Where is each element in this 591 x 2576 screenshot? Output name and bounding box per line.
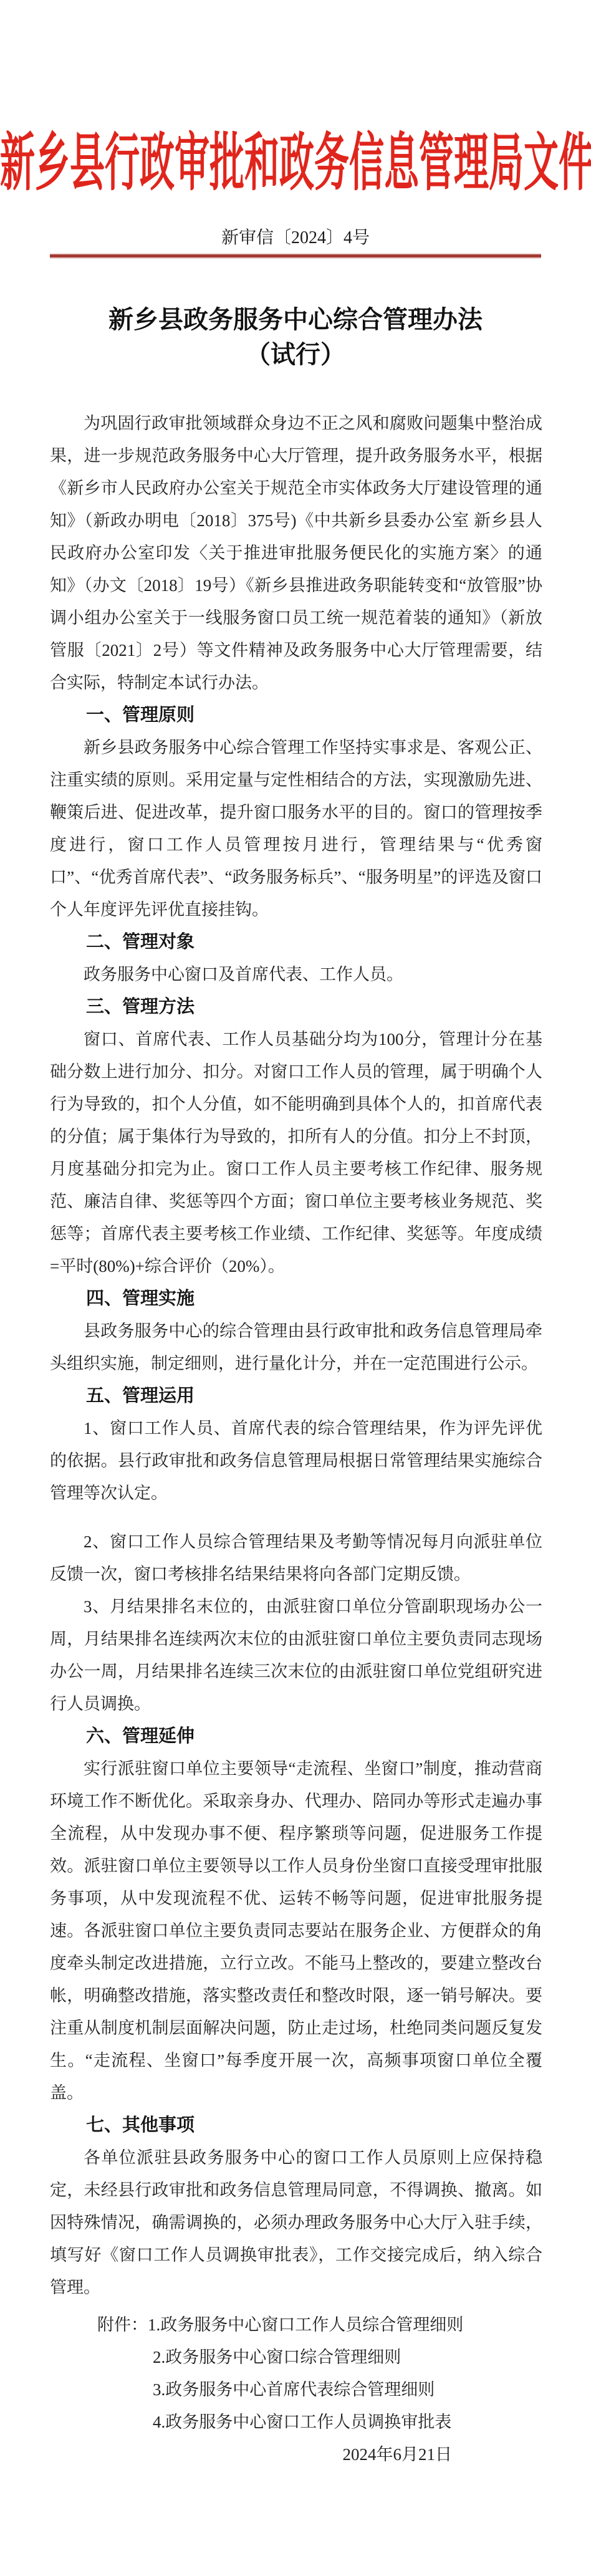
red-header-banner: 新乡县行政审批和政务信息管理局文件 — [0, 0, 591, 163]
section-3-heading: 三、管理方法 — [50, 991, 542, 1023]
document-title: 新乡县政务服务中心综合管理办法 （试行） — [0, 302, 591, 372]
section-7-paragraph: 各单位派驻县政务服务中心的窗口工作人员原则上应保持稳定，未经县行政审批和政务信息… — [50, 2141, 542, 2304]
section-4-paragraph: 县政务服务中心的综合管理由县行政审批和政务信息管理局牵头组织实施，制定细则，进行… — [50, 1315, 542, 1380]
section-5-heading: 五、管理运用 — [50, 1380, 542, 1412]
agency-title: 新乡县行政审批和政务信息管理局文件 — [0, 113, 591, 203]
section-1-paragraph: 新乡县政务服务中心综合管理工作坚持实事求是、客观公正、注重实绩的原则。采用定量与… — [50, 731, 542, 926]
section-3-paragraph: 窗口、首席代表、工作人员基础分均为100分，管理计分在基础分数上进行加分、扣分。… — [50, 1023, 542, 1282]
document-page: 新乡县行政审批和政务信息管理局文件 新审信〔2024〕4号 新乡县政务服务中心综… — [0, 0, 591, 2576]
section-5-item-3: 3、月结果排名末位的，由派驻窗口单位分管副职现场办公一周，月结果排名连续两次末位… — [50, 1590, 542, 1720]
attachment-item-2: 2.政务服务中心窗口综合管理细则 — [50, 2341, 542, 2373]
section-7-heading: 七、其他事项 — [50, 2109, 542, 2141]
document-number: 新审信〔2024〕4号 — [0, 228, 591, 248]
issue-date: 2024年6月21日 — [50, 2438, 542, 2471]
section-2-paragraph: 政务服务中心窗口及首席代表、工作人员。 — [50, 958, 542, 991]
document-body: 为巩固行政审批领域群众身边不正之风和腐败问题集中整治成果，进一步规范政务服务中心… — [0, 407, 591, 2471]
attachments-list: 附件：1.政务服务中心窗口工作人员综合管理细则 2.政务服务中心窗口综合管理细则… — [50, 2309, 542, 2438]
attachment-item-3: 3.政务服务中心首席代表综合管理细则 — [50, 2373, 542, 2406]
document-title-line2: （试行） — [0, 337, 591, 372]
section-5-item-2: 2、窗口工作人员综合管理结果及考勤等情况每月向派驻单位反馈一次，窗口考核排名结果… — [50, 1526, 542, 1590]
section-6-heading: 六、管理延伸 — [50, 1720, 542, 1752]
section-4-heading: 四、管理实施 — [50, 1282, 542, 1315]
red-divider-line — [50, 254, 541, 257]
section-5-item-1: 1、窗口工作人员、首席代表的综合管理结果，作为评先评优的依据。县行政审批和政务信… — [50, 1412, 542, 1509]
section-1-heading: 一、管理原则 — [50, 699, 542, 731]
attachment-item-4: 4.政务服务中心窗口工作人员调换审批表 — [50, 2406, 542, 2438]
section-2-heading: 二、管理对象 — [50, 926, 542, 958]
document-title-line1: 新乡县政务服务中心综合管理办法 — [0, 302, 591, 337]
attachment-item-1: 1.政务服务中心窗口工作人员综合管理细则 — [148, 2315, 463, 2334]
attachments-label: 附件： — [97, 2315, 148, 2334]
attachment-line-1: 附件：1.政务服务中心窗口工作人员综合管理细则 — [50, 2309, 542, 2341]
intro-paragraph: 为巩固行政审批领域群众身边不正之风和腐败问题集中整治成果，进一步规范政务服务中心… — [50, 407, 542, 699]
section-6-paragraph: 实行派驻窗口单位主要领导“走流程、坐窗口”制度，推动营商环境工作不断优化。采取亲… — [50, 1752, 542, 2109]
